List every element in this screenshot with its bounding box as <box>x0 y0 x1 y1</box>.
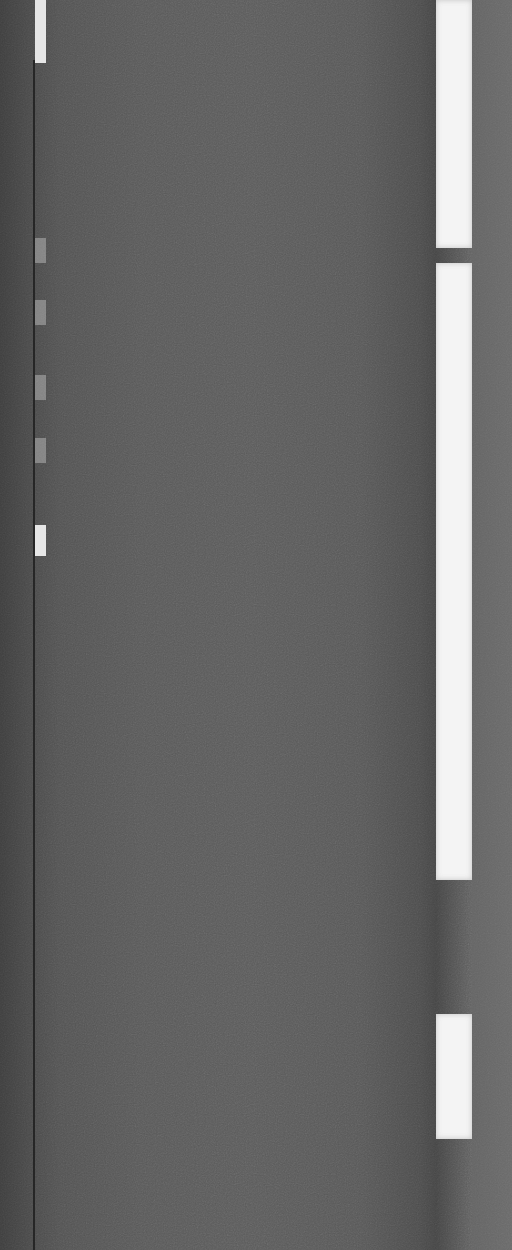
road-shoulder <box>472 0 512 1250</box>
lane-dash <box>35 0 46 63</box>
lane-dash <box>35 525 46 556</box>
lane-dash <box>35 438 46 463</box>
lane-dash <box>35 300 46 325</box>
edge-line-segment <box>436 1014 472 1139</box>
edge-line-segment <box>436 0 472 248</box>
lane-dash <box>35 375 46 400</box>
lane-dash <box>35 238 46 263</box>
edge-line-segment <box>436 263 472 881</box>
road-scene <box>0 0 512 1250</box>
